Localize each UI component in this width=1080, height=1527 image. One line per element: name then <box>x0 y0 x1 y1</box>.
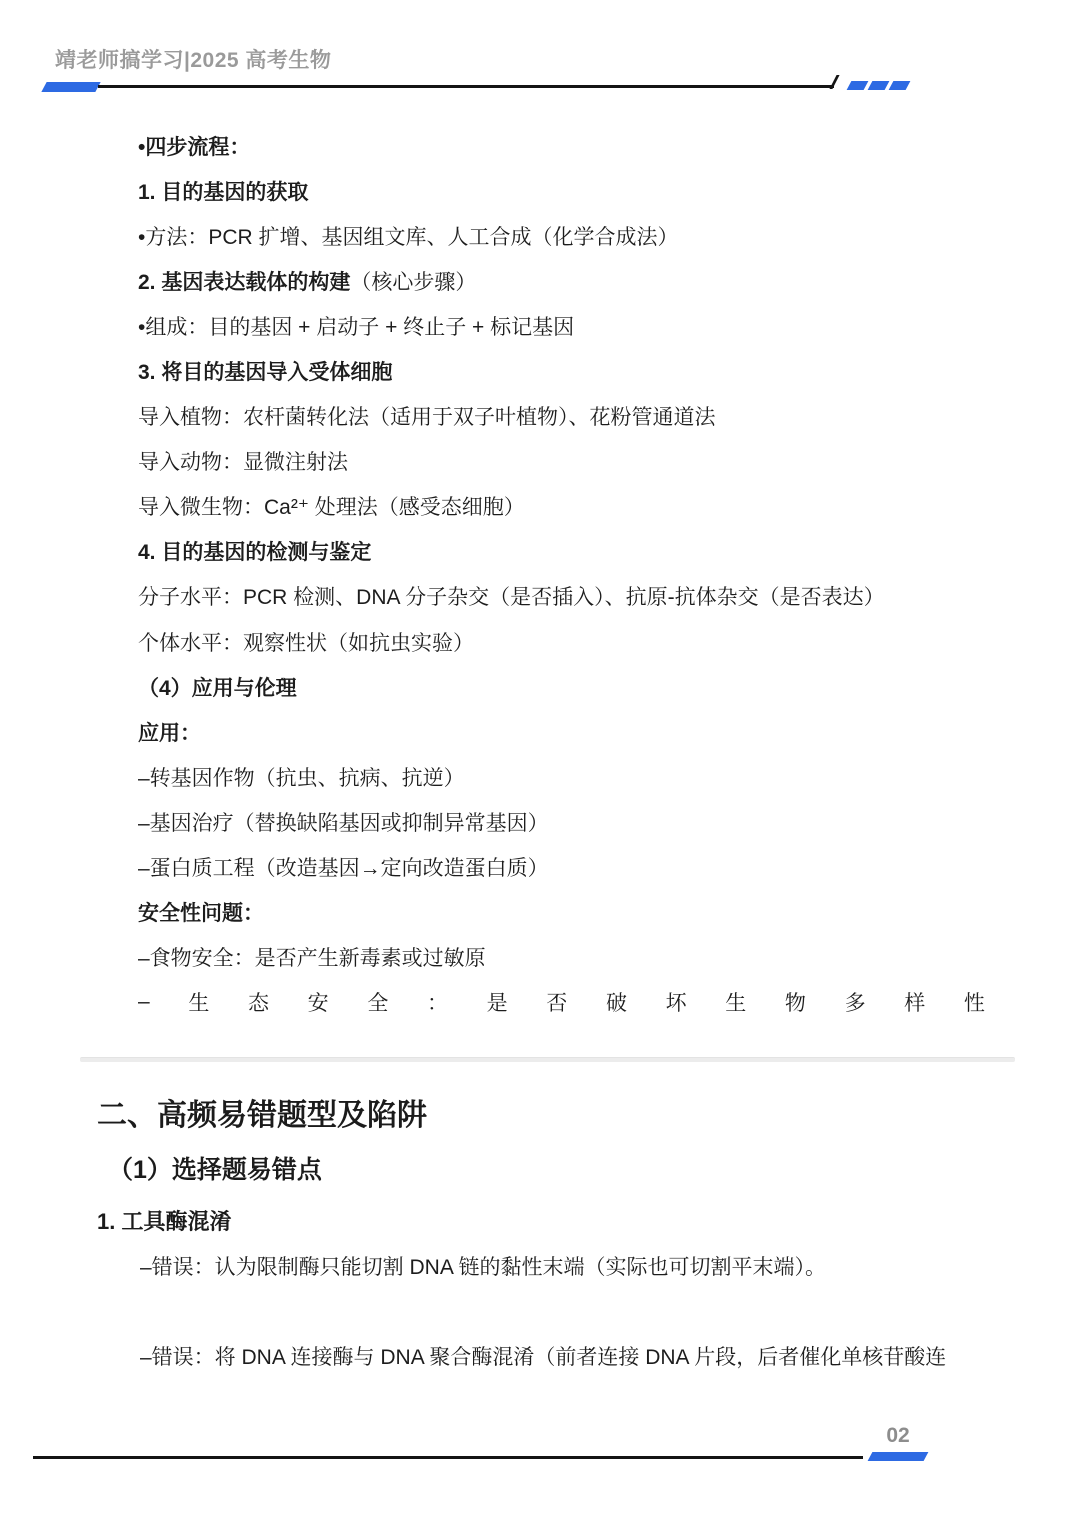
document-page: 靖老师搞学习|2025 高考生物 •四步流程： 1. 目的基因的获取 •方法：P… <box>0 0 1080 1527</box>
header-dash-icon <box>847 81 869 90</box>
line-gene-therapy: –基因治疗（替换缺陷基因或抑制异常基因） <box>138 799 985 844</box>
header-rule-line <box>98 85 834 88</box>
header-slash-icon <box>829 75 839 89</box>
section-divider <box>80 1057 1015 1062</box>
line-safety-label: 安全性问题： <box>138 890 985 935</box>
line-step3-microbe: 导入微生物：Ca²⁺ 处理法（感受态细胞） <box>138 484 985 529</box>
section2-error-1: –错误：认为限制酶只能切割 DNA 链的黏性末端（实际也可切割平末端）。 <box>140 1251 826 1281</box>
line-protein-engineering: –蛋白质工程（改造基因→定向改造蛋白质） <box>138 845 985 890</box>
line-step4-individual: 个体水平：观察性状（如抗虫实验） <box>138 619 985 664</box>
line-step1-title: 1. 目的基因的获取 <box>138 168 985 213</box>
header-title: 靖老师搞学习|2025 高考生物 <box>55 44 331 74</box>
section2-heading: 二、高频易错题型及陷阱 <box>97 1090 427 1134</box>
section2-error-2: –错误：将 DNA 连接酶与 DNA 聚合酶混淆（前者连接 DNA 片段，后者催… <box>140 1341 946 1371</box>
footer-accent-bar-icon <box>868 1452 929 1461</box>
header-dash-icon <box>889 81 911 90</box>
line-step3-plant: 导入植物：农杆菌转化法（适用于双子叶植物）、花粉管通道法 <box>138 394 985 439</box>
header-accent-bar-icon <box>41 82 100 92</box>
line-step2-title-note: （核心步骤） <box>350 266 476 296</box>
line-step4-title: 4. 目的基因的检测与鉴定 <box>138 529 985 574</box>
header-dash-icon <box>868 81 890 90</box>
line-step2-composition: •组成：目的基因 + 启动子 + 终止子 + 标记基因 <box>138 303 985 348</box>
line-transgenic-crops: –转基因作物（抗虫、抗病、抗逆） <box>138 754 985 799</box>
footer-rule-line <box>33 1456 863 1459</box>
line-step2-title-bold: 2. 基因表达载体的构建 <box>138 266 350 296</box>
line-application-label: 应用： <box>138 709 985 754</box>
line-step2-title: 2. 基因表达载体的构建（核心步骤） <box>138 258 985 303</box>
line-application-ethics-title: （4）应用与伦理 <box>138 664 985 709</box>
line-step1-methods: •方法：PCR 扩增、基因组文库、人工合成（化学合成法） <box>138 213 985 258</box>
footer-page-number: 02 <box>868 1424 928 1448</box>
line-food-safety: –食物安全：是否产生新毒素或过敏原 <box>138 935 985 980</box>
line-eco-safety: –生态安全：是否破坏生物多样性 <box>138 980 985 1025</box>
section2-item-title: 1. 工具酶混淆 <box>97 1205 231 1236</box>
line-step4-molecular: 分子水平：PCR 检测、DNA 分子杂交（是否插入）、抗原-抗体杂交（是否表达） <box>138 574 985 619</box>
line-step3-title: 3. 将目的基因导入受体细胞 <box>138 348 985 393</box>
line-four-step-title: •四步流程： <box>138 123 985 168</box>
line-step3-animal: 导入动物：显微注射法 <box>138 439 985 484</box>
notes-body: •四步流程： 1. 目的基因的获取 •方法：PCR 扩增、基因组文库、人工合成（… <box>138 123 985 1025</box>
section2-subheading: （1）选择题易错点 <box>108 1150 322 1186</box>
